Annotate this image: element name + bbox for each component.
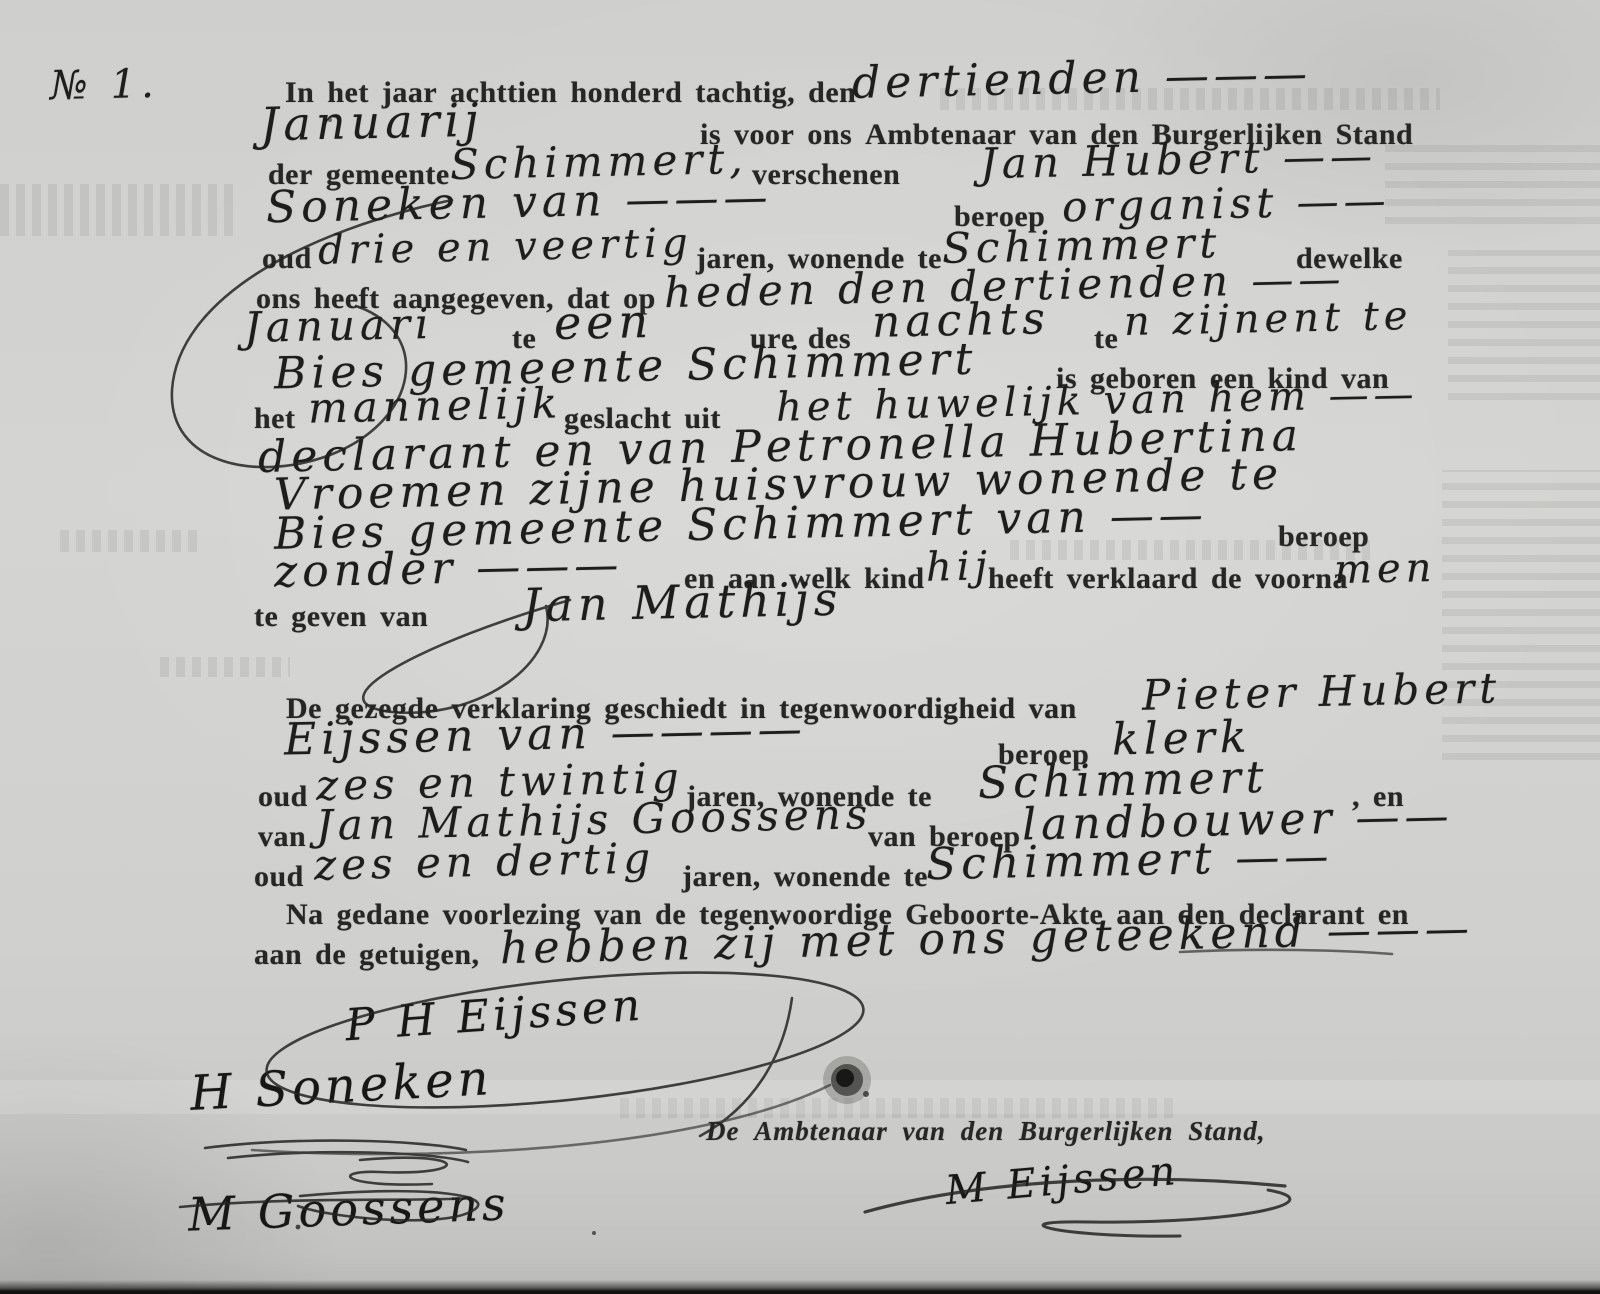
printed-text: te geven van — [254, 600, 428, 633]
bleedthrough-smudge — [1448, 250, 1600, 400]
signature-witness-clerk: P H Eijssen — [344, 980, 646, 1052]
printed-text: het — [254, 402, 296, 435]
printed-text: te — [1094, 322, 1118, 355]
signature-officer: M Eijssen — [943, 1148, 1181, 1214]
printed-text: verschenen — [752, 158, 900, 191]
handwritten-location-phrase: n zijnent te — [1124, 295, 1413, 343]
birth-certificate-page: № 1. In het jaar achttien honderd tachti… — [0, 0, 1600, 1294]
bleedthrough-smudge — [60, 530, 200, 552]
scan-edge-bottom — [0, 1280, 1600, 1294]
bleedthrough-smudge — [1385, 140, 1600, 224]
officer-title: De Ambtenaar van den Burgerlijken Stand, — [706, 1116, 1266, 1147]
handwritten-day: dertienden ——— — [852, 51, 1313, 107]
handwritten-gender: mannelijk — [308, 381, 563, 430]
handwritten-witness2-residence: Schimmert —— — [926, 834, 1334, 889]
bleedthrough-smudge — [160, 657, 290, 677]
handwritten-suffix: men — [1334, 547, 1437, 591]
printed-text: oud — [262, 242, 312, 275]
signature-witness-farmer: M Goossens — [187, 1176, 510, 1241]
soneken-flourish — [228, 1152, 468, 1162]
bleedthrough-smudge — [1442, 470, 1600, 760]
handwritten-pronoun: hij — [926, 545, 993, 588]
printed-text: oud — [258, 780, 308, 813]
handwritten-age: drie en veertig — [318, 222, 693, 272]
handwritten-month: Januari — [244, 302, 434, 350]
bleedthrough-smudge — [0, 184, 235, 236]
printed-text: van — [258, 820, 306, 853]
handwritten-witness1-firstnames: Pieter Hubert — [1142, 666, 1502, 718]
act-number: № 1. — [50, 63, 160, 107]
printed-text: heeft verklaard de voorna — [988, 562, 1348, 595]
soneken-flourish — [205, 1141, 466, 1150]
printed-text: jaren, wonende te — [682, 860, 928, 893]
handwritten-witness2-age: zes en dertig — [314, 836, 656, 887]
printed-text: oud — [254, 860, 304, 893]
handwritten-child-names: Jan Mathijs — [522, 575, 843, 630]
printed-text: aan de getuigen, — [254, 938, 480, 971]
